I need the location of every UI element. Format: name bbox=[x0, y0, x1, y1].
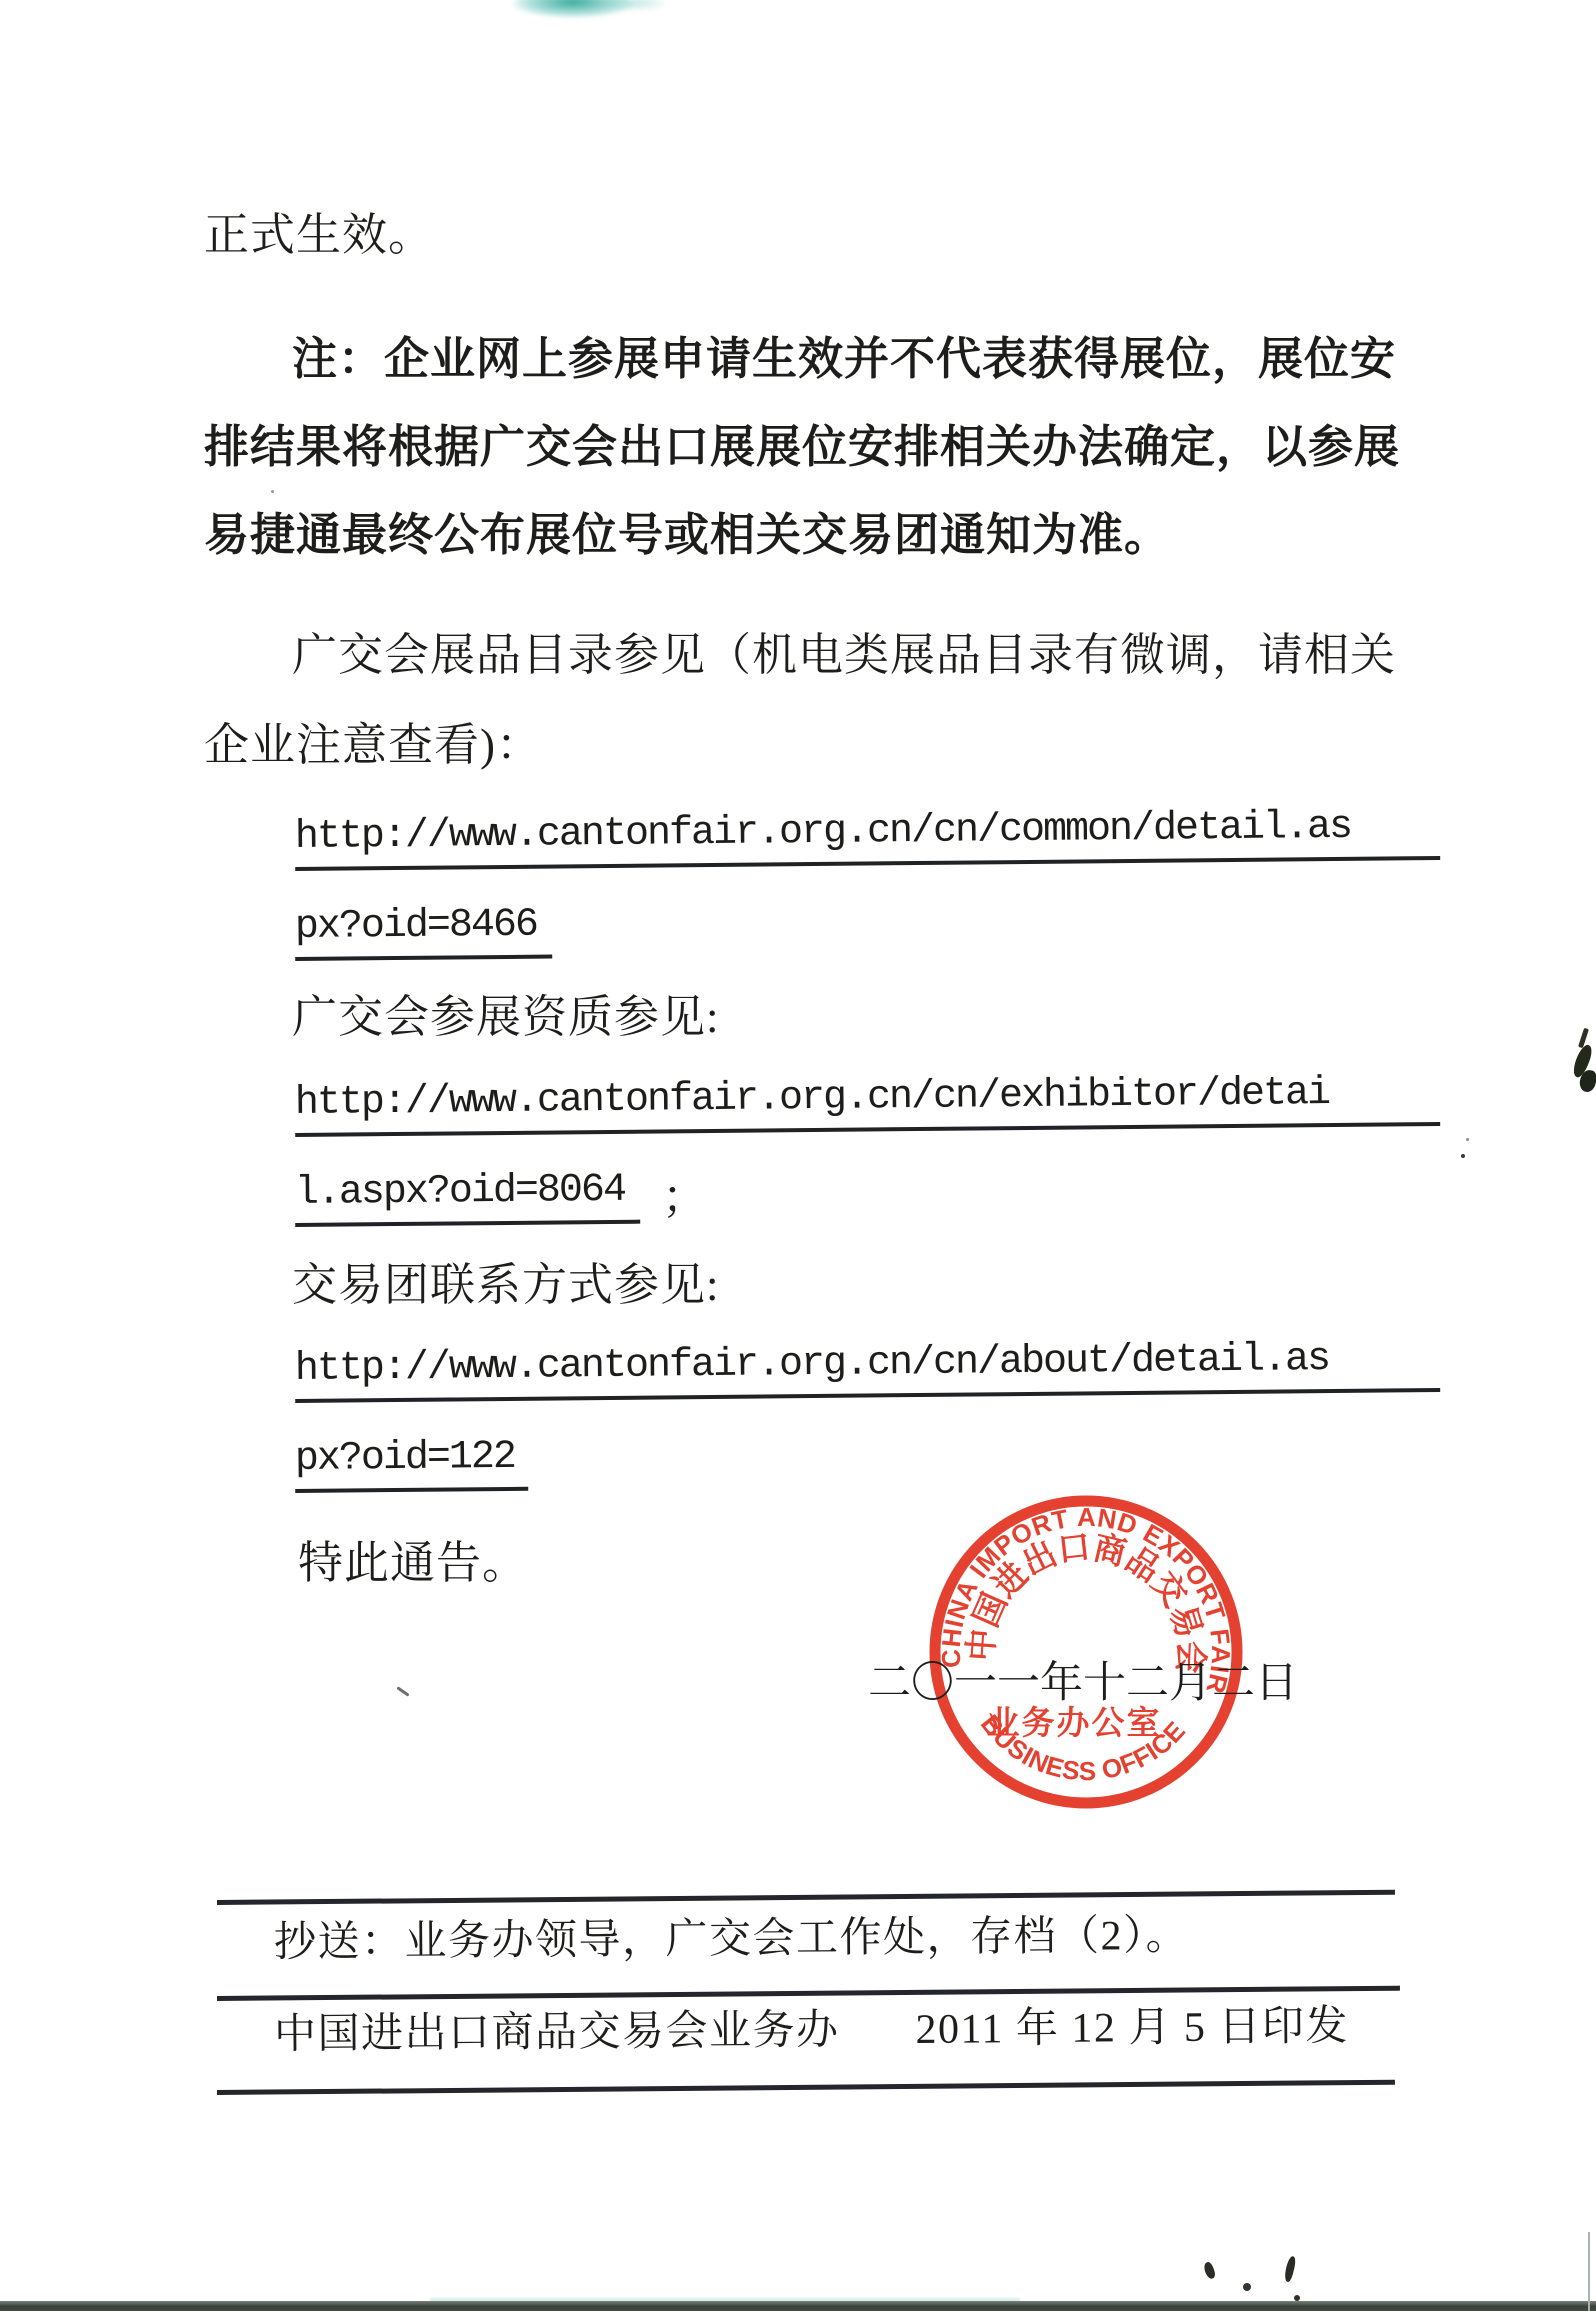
scanner-edge-band bbox=[0, 2301, 1596, 2311]
document-date: 二〇一一年十二月二日 bbox=[868, 1660, 1298, 1708]
footer-rule-top bbox=[217, 1890, 1395, 1905]
official-red-stamp: CHINA IMPORT AND EXPORT FAIR 中国进出口商品交易会 … bbox=[916, 1482, 1256, 1822]
paper-edge-line bbox=[1588, 2232, 1590, 2311]
footer-rule-middle bbox=[217, 1986, 1400, 2001]
footer-issue-line: 中国进出口商品交易会业务办2011 年 12 月 5 日印发 bbox=[274, 2006, 1349, 2056]
footer-issue-org: 中国进出口商品交易会业务办 bbox=[274, 2008, 840, 2058]
qualification-url-line-1: http://www.cantonfair.org.cn/cn/exhibito… bbox=[295, 1073, 1440, 1137]
footer-cc-line: 抄送：业务办领导，广交会工作处，存档（2）。 bbox=[274, 1915, 1189, 1964]
delegation-url-line-1: http://www.cantonfair.org.cn/cn/about/de… bbox=[295, 1339, 1440, 1403]
stamp-center-text: 业务办公室 bbox=[987, 1705, 1162, 1742]
note-paragraph-line-2: 排结果将根据广交会出口展展位安排相关办法确定，以参展 bbox=[204, 422, 1400, 472]
qualification-url-semicolon: ； bbox=[662, 1172, 707, 1222]
paper-speck bbox=[271, 490, 274, 493]
body-line-effective: 正式生效。 bbox=[204, 210, 434, 260]
stray-pen-tick bbox=[396, 1686, 409, 1696]
footer-issue-date: 2011 年 12 月 5 日印发 bbox=[915, 2004, 1349, 2053]
bottom-ink-speck bbox=[1283, 2255, 1297, 2282]
paper-speck bbox=[1461, 1154, 1465, 1158]
note-paragraph-line-3: 易捷通最终公布展位号或相关交易团通知为准。 bbox=[204, 510, 1170, 560]
paper-speck bbox=[1466, 1138, 1469, 1141]
qualification-url-line-2: l.aspx?oid=8064 bbox=[295, 1171, 640, 1227]
catalog-url-line-1: http://www.cantonfair.org.cn/cn/common/d… bbox=[295, 807, 1440, 871]
bottom-ink-speck bbox=[1202, 2261, 1217, 2280]
footer-rule-bottom bbox=[217, 2080, 1395, 2095]
catalog-url-line-2: px?oid=8466 bbox=[295, 906, 552, 961]
qualification-heading: 广交会参展资质参见: bbox=[292, 992, 720, 1042]
closing-statement: 特此通告。 bbox=[298, 1538, 528, 1588]
delegation-url-line-2: px?oid=122 bbox=[295, 1438, 528, 1493]
catalog-intro-line-2: 企业注意查看)： bbox=[204, 720, 542, 770]
scanned-document-page: { "page": {"width": 1596, "height": 2311… bbox=[0, 0, 1596, 2311]
note-paragraph-line-1: 注：企业网上参展申请生效并不代表获得展位，展位安 bbox=[292, 334, 1396, 384]
catalog-intro-line-1: 广交会展品目录参见（机电类展品目录有微调，请相关 bbox=[292, 630, 1396, 680]
bottom-ink-speck bbox=[1243, 2283, 1251, 2291]
delegation-heading: 交易团联系方式参见: bbox=[292, 1260, 720, 1310]
